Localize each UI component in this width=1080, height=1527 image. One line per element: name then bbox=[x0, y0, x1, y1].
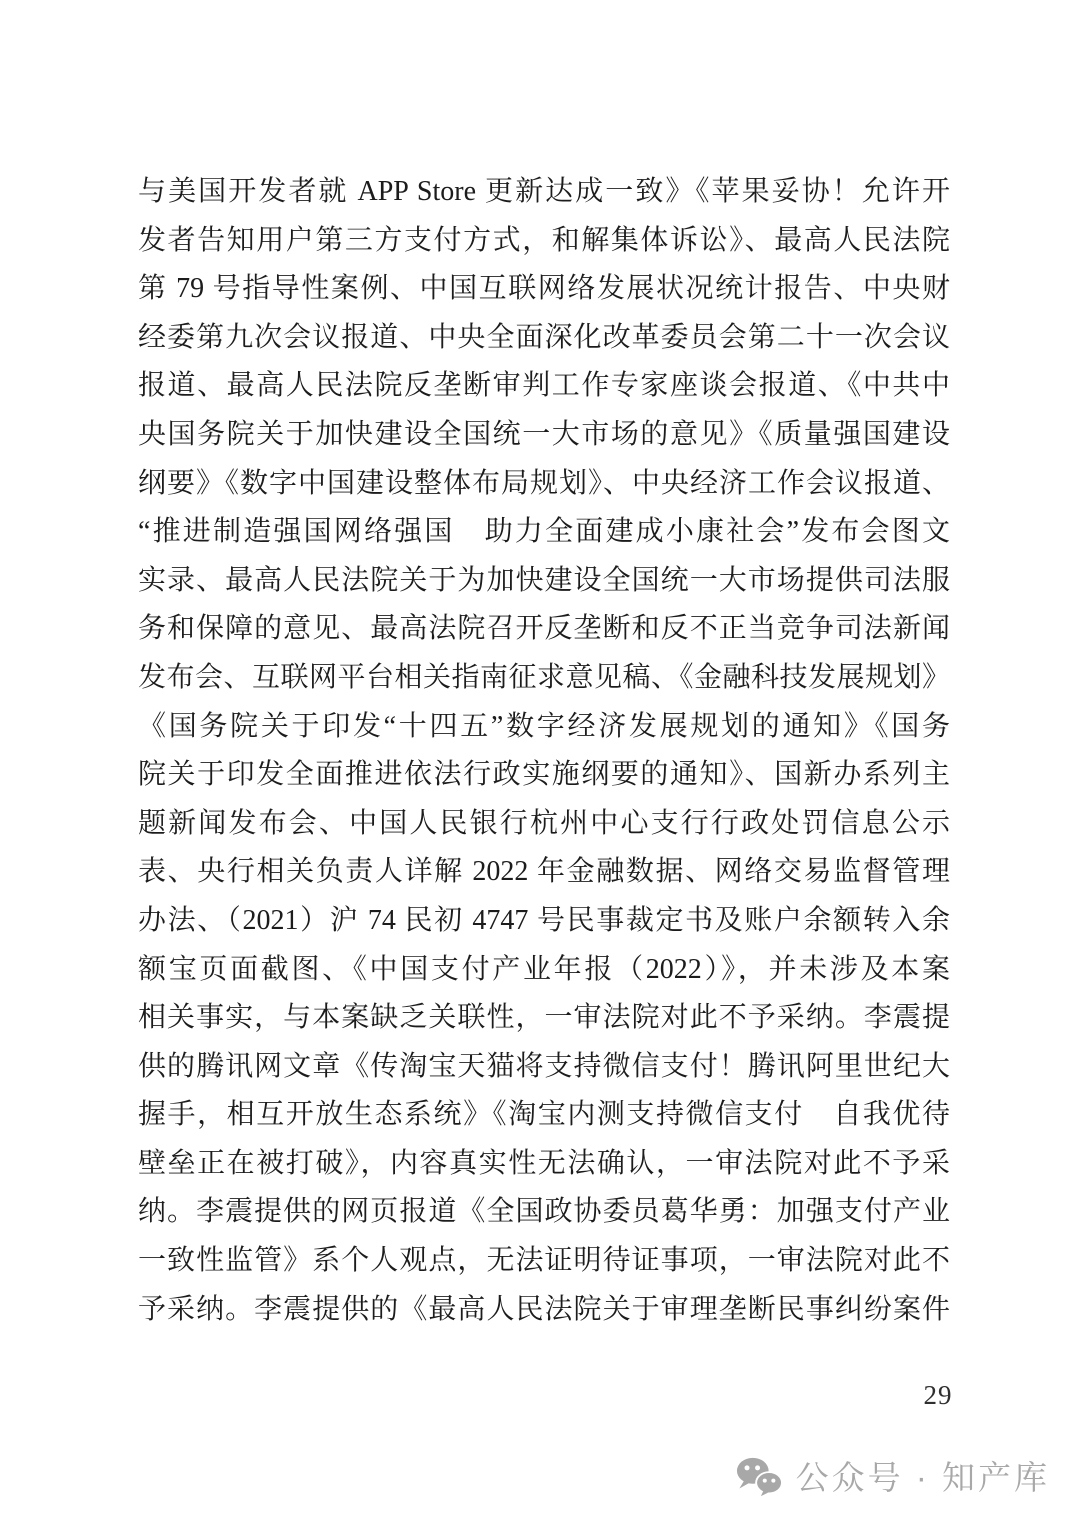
document-page: 与美国开发者就 APP Store 更新达成一致》《苹果妥协！允许开 发者告知用… bbox=[0, 0, 1080, 1527]
text-line: 院关于印发全面推进依法行政实施纲要的通知》、国新办系列主 bbox=[138, 751, 950, 800]
text-line: 办法、（2021）沪 74 民初 4747 号民事裁定书及账户余额转入余 bbox=[138, 897, 950, 946]
text-line: 发者告知用户第三方支付方式，和解集体诉讼》、最高人民法院 bbox=[138, 217, 950, 266]
text-line: 纲要》《数字中国建设整体布局规划》、中央经济工作会议报道、 bbox=[138, 460, 950, 509]
text-line: 题新闻发布会、中国人民银行杭州中心支行行政处罚信息公示 bbox=[138, 800, 950, 849]
text-line: 予采纳。李震提供的《最高人民法院关于审理垄断民事纠纷案件 bbox=[138, 1286, 950, 1335]
text-line: 央国务院关于加快建设全国统一大市场的意见》《质量强国建设 bbox=[138, 411, 950, 460]
text-line: 经委第九次会议报道、中央全面深化改革委员会第二十一次会议 bbox=[138, 314, 950, 363]
text-line: “推进制造强国网络强国 助力全面建成小康社会”发布会图文 bbox=[138, 508, 950, 557]
text-line: 握手，相互开放生态系统》《淘宝内测支持微信支付 自我优待 bbox=[138, 1091, 950, 1140]
page-number: 29 bbox=[908, 1380, 968, 1411]
text-line: 壁垒正在被打破》，内容真实性无法确认，一审法院对此不予采 bbox=[138, 1140, 950, 1189]
text-line: 《国务院关于印发“十四五”数字经济发展规划的通知》《国务 bbox=[138, 703, 950, 752]
watermark-text: 公众号 · 知产库 bbox=[796, 1461, 1050, 1494]
text-line: 务和保障的意见、最高法院召开反垄断和反不正当竞争司法新闻 bbox=[138, 605, 950, 654]
text-line: 第 79 号指导性案例、中国互联网络发展状况统计报告、中央财 bbox=[138, 265, 950, 314]
wechat-icon bbox=[736, 1456, 782, 1498]
text-line: 与美国开发者就 APP Store 更新达成一致》《苹果妥协！允许开 bbox=[138, 168, 950, 217]
text-line: 表、央行相关负责人详解 2022 年金融数据、网络交易监督管理 bbox=[138, 848, 950, 897]
text-line: 供的腾讯网文章《传淘宝天猫将支持微信支付！腾讯阿里世纪大 bbox=[138, 1043, 950, 1092]
text-line: 相关事实，与本案缺乏关联性，一审法院对此不予采纳。李震提 bbox=[138, 994, 950, 1043]
body-text: 与美国开发者就 APP Store 更新达成一致》《苹果妥协！允许开 发者告知用… bbox=[138, 168, 950, 1334]
watermark: 公众号 · 知产库 bbox=[736, 1456, 1050, 1498]
text-line: 实录、最高人民法院关于为加快建设全国统一大市场提供司法服 bbox=[138, 557, 950, 606]
text-line: 报道、最高人民法院反垄断审判工作专家座谈会报道、《中共中 bbox=[138, 362, 950, 411]
text-line: 纳。李震提供的网页报道《全国政协委员葛华勇：加强支付产业 bbox=[138, 1188, 950, 1237]
text-line: 一致性监管》系个人观点，无法证明待证事项，一审法院对此不 bbox=[138, 1237, 950, 1286]
text-line: 发布会、互联网平台相关指南征求意见稿、《金融科技发展规划》 bbox=[138, 654, 950, 703]
text-line: 额宝页面截图、《中国支付产业年报（2022）》，并未涉及本案 bbox=[138, 946, 950, 995]
